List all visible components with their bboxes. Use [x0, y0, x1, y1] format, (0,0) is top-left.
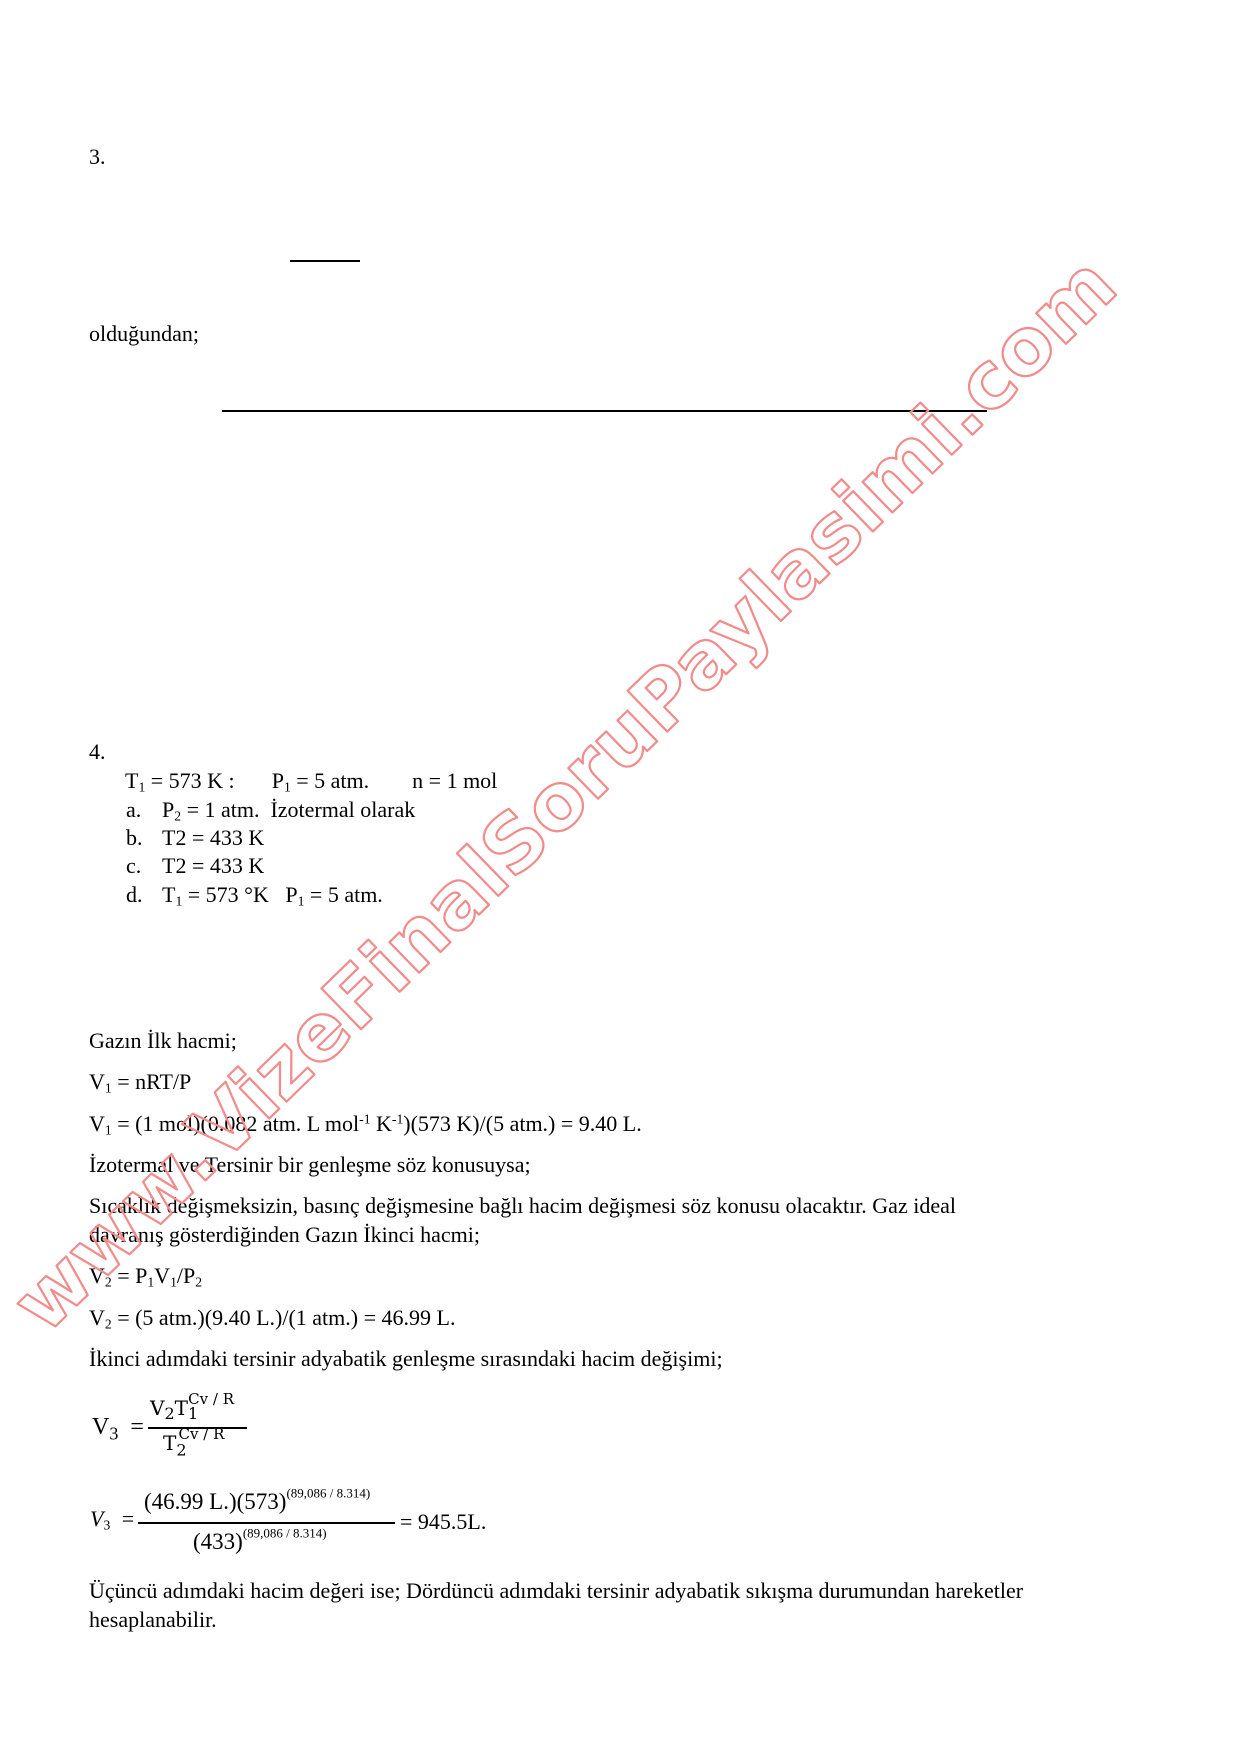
p1-value: = 5 atm.: [291, 768, 369, 793]
v3-calc-numerator: (46.99 L.)(573)(89,086 / 8.314): [144, 1490, 370, 1513]
list-item-a: a.P2 = 1 atm. İzotermal olarak: [126, 799, 415, 821]
closing-line-2: hesaplanabilir.: [89, 1609, 217, 1631]
given-values-line: T1 = 573 K : P1 = 5 atm. n = 1 mol: [125, 770, 497, 792]
v1-symbol: V: [89, 1069, 105, 1094]
v2-subscript: 2: [105, 1316, 112, 1331]
v1-subscript: 1: [105, 1122, 112, 1137]
v1-rhs: = nRT/P: [112, 1069, 192, 1094]
list-letter: a.: [126, 799, 162, 821]
p1-symbol: P: [272, 768, 284, 793]
moles-value: n = 1 mol: [412, 768, 497, 793]
v3-calc-fraction-bar: [138, 1522, 395, 1524]
v1-calc-part3: )(573 K)/(5 atm.) = 9.40 L.: [403, 1111, 641, 1136]
v2-formula: V2 = P1V1/P2: [89, 1265, 202, 1287]
list-item-b: b.T2 = 433 K: [126, 827, 264, 849]
paragraph-line-1: Sıcaklık değişmeksizin, basınç değişmesi…: [89, 1195, 956, 1217]
v3-lhs: V3 =: [92, 1415, 144, 1439]
fraction-bar-long: [222, 410, 987, 412]
item-d-rest: = 573 °K P: [182, 882, 297, 907]
v2-rhs-a: = P: [112, 1263, 148, 1288]
v1-calc-part1: = (1 mol)(0.082 atm. L mol: [112, 1111, 359, 1136]
v2-calculation: V2 = (5 atm.)(9.40 L.)/(1 atm.) = 46.99 …: [89, 1307, 455, 1329]
v3-calc-lhs: V3 =: [90, 1508, 134, 1530]
item-c-text: T2 = 433 K: [162, 853, 264, 878]
fraction-bar-short: [290, 260, 360, 262]
v2-rhs-b: V: [154, 1263, 170, 1288]
list-letter: b.: [126, 827, 162, 849]
v2-symbol: V: [89, 1305, 105, 1330]
v3-calc-result: = 945.5L.: [400, 1511, 486, 1533]
v3-numerator: V2T1Cv / R: [150, 1398, 234, 1418]
list-item-d: d.T1 = 573 °K P1 = 5 atm.: [126, 884, 383, 906]
v2-calc-rhs: = (5 atm.)(9.40 L.)/(1 atm.) = 46.99 L.: [112, 1305, 456, 1330]
closing-line-1: Üçüncü adımdaki hacim değeri ise; Dördün…: [89, 1580, 1023, 1602]
v1-calc-part2: K: [371, 1111, 392, 1136]
v2-sub-c: 2: [195, 1274, 202, 1289]
second-step-line: İkinci adımdaki tersinir adyabatik genle…: [89, 1348, 723, 1370]
p1-subscript: 1: [284, 779, 291, 794]
v1-symbol: V: [89, 1111, 105, 1136]
list-letter: c.: [126, 855, 162, 877]
v2-rhs-c: /P: [177, 1263, 195, 1288]
v1-calc-exponent2: -1: [392, 1112, 403, 1127]
olduğundan-text: olduğundan;: [89, 323, 199, 345]
v2-symbol: V: [89, 1263, 105, 1288]
item-d-text: T: [162, 882, 175, 907]
item-a-text: P: [162, 797, 174, 822]
item-a-rest: = 1 atm. İzotermal olarak: [181, 797, 415, 822]
first-volume-label: Gazın İlk hacmi;: [89, 1030, 237, 1052]
paragraph-line-2: davranış gösterdiğinden Gazın İkinci hac…: [89, 1224, 480, 1246]
v1-calculation: V1 = (1 mol)(0.082 atm. L mol-1 K-1)(573…: [89, 1113, 642, 1135]
v2-subscript: 2: [105, 1274, 112, 1289]
item-b-text: T2 = 433 K: [162, 825, 264, 850]
v1-calc-exponent1: -1: [359, 1112, 370, 1127]
section-3-number: 3.: [89, 146, 106, 168]
isothermal-line: İzotermal ve Tersinir bir genleşme söz k…: [89, 1154, 531, 1176]
list-item-c: c.T2 = 433 K: [126, 855, 264, 877]
v1-formula: V1 = nRT/P: [89, 1071, 191, 1093]
v1-subscript: 1: [105, 1080, 112, 1095]
v2-sub-b: 1: [170, 1274, 177, 1289]
v3-denominator: T2Cv / R: [163, 1433, 224, 1453]
watermark-text: www.VizeFinalSoruPaylasimi.com: [0, 240, 1134, 1350]
v3-calc-denominator: (433)(89,086 / 8.314): [193, 1530, 327, 1553]
t1-symbol: T: [125, 768, 138, 793]
item-d-rest-2: = 5 atm.: [304, 882, 382, 907]
list-letter: d.: [126, 884, 162, 906]
section-4-number: 4.: [89, 741, 106, 763]
t1-value: = 573 K :: [145, 768, 234, 793]
